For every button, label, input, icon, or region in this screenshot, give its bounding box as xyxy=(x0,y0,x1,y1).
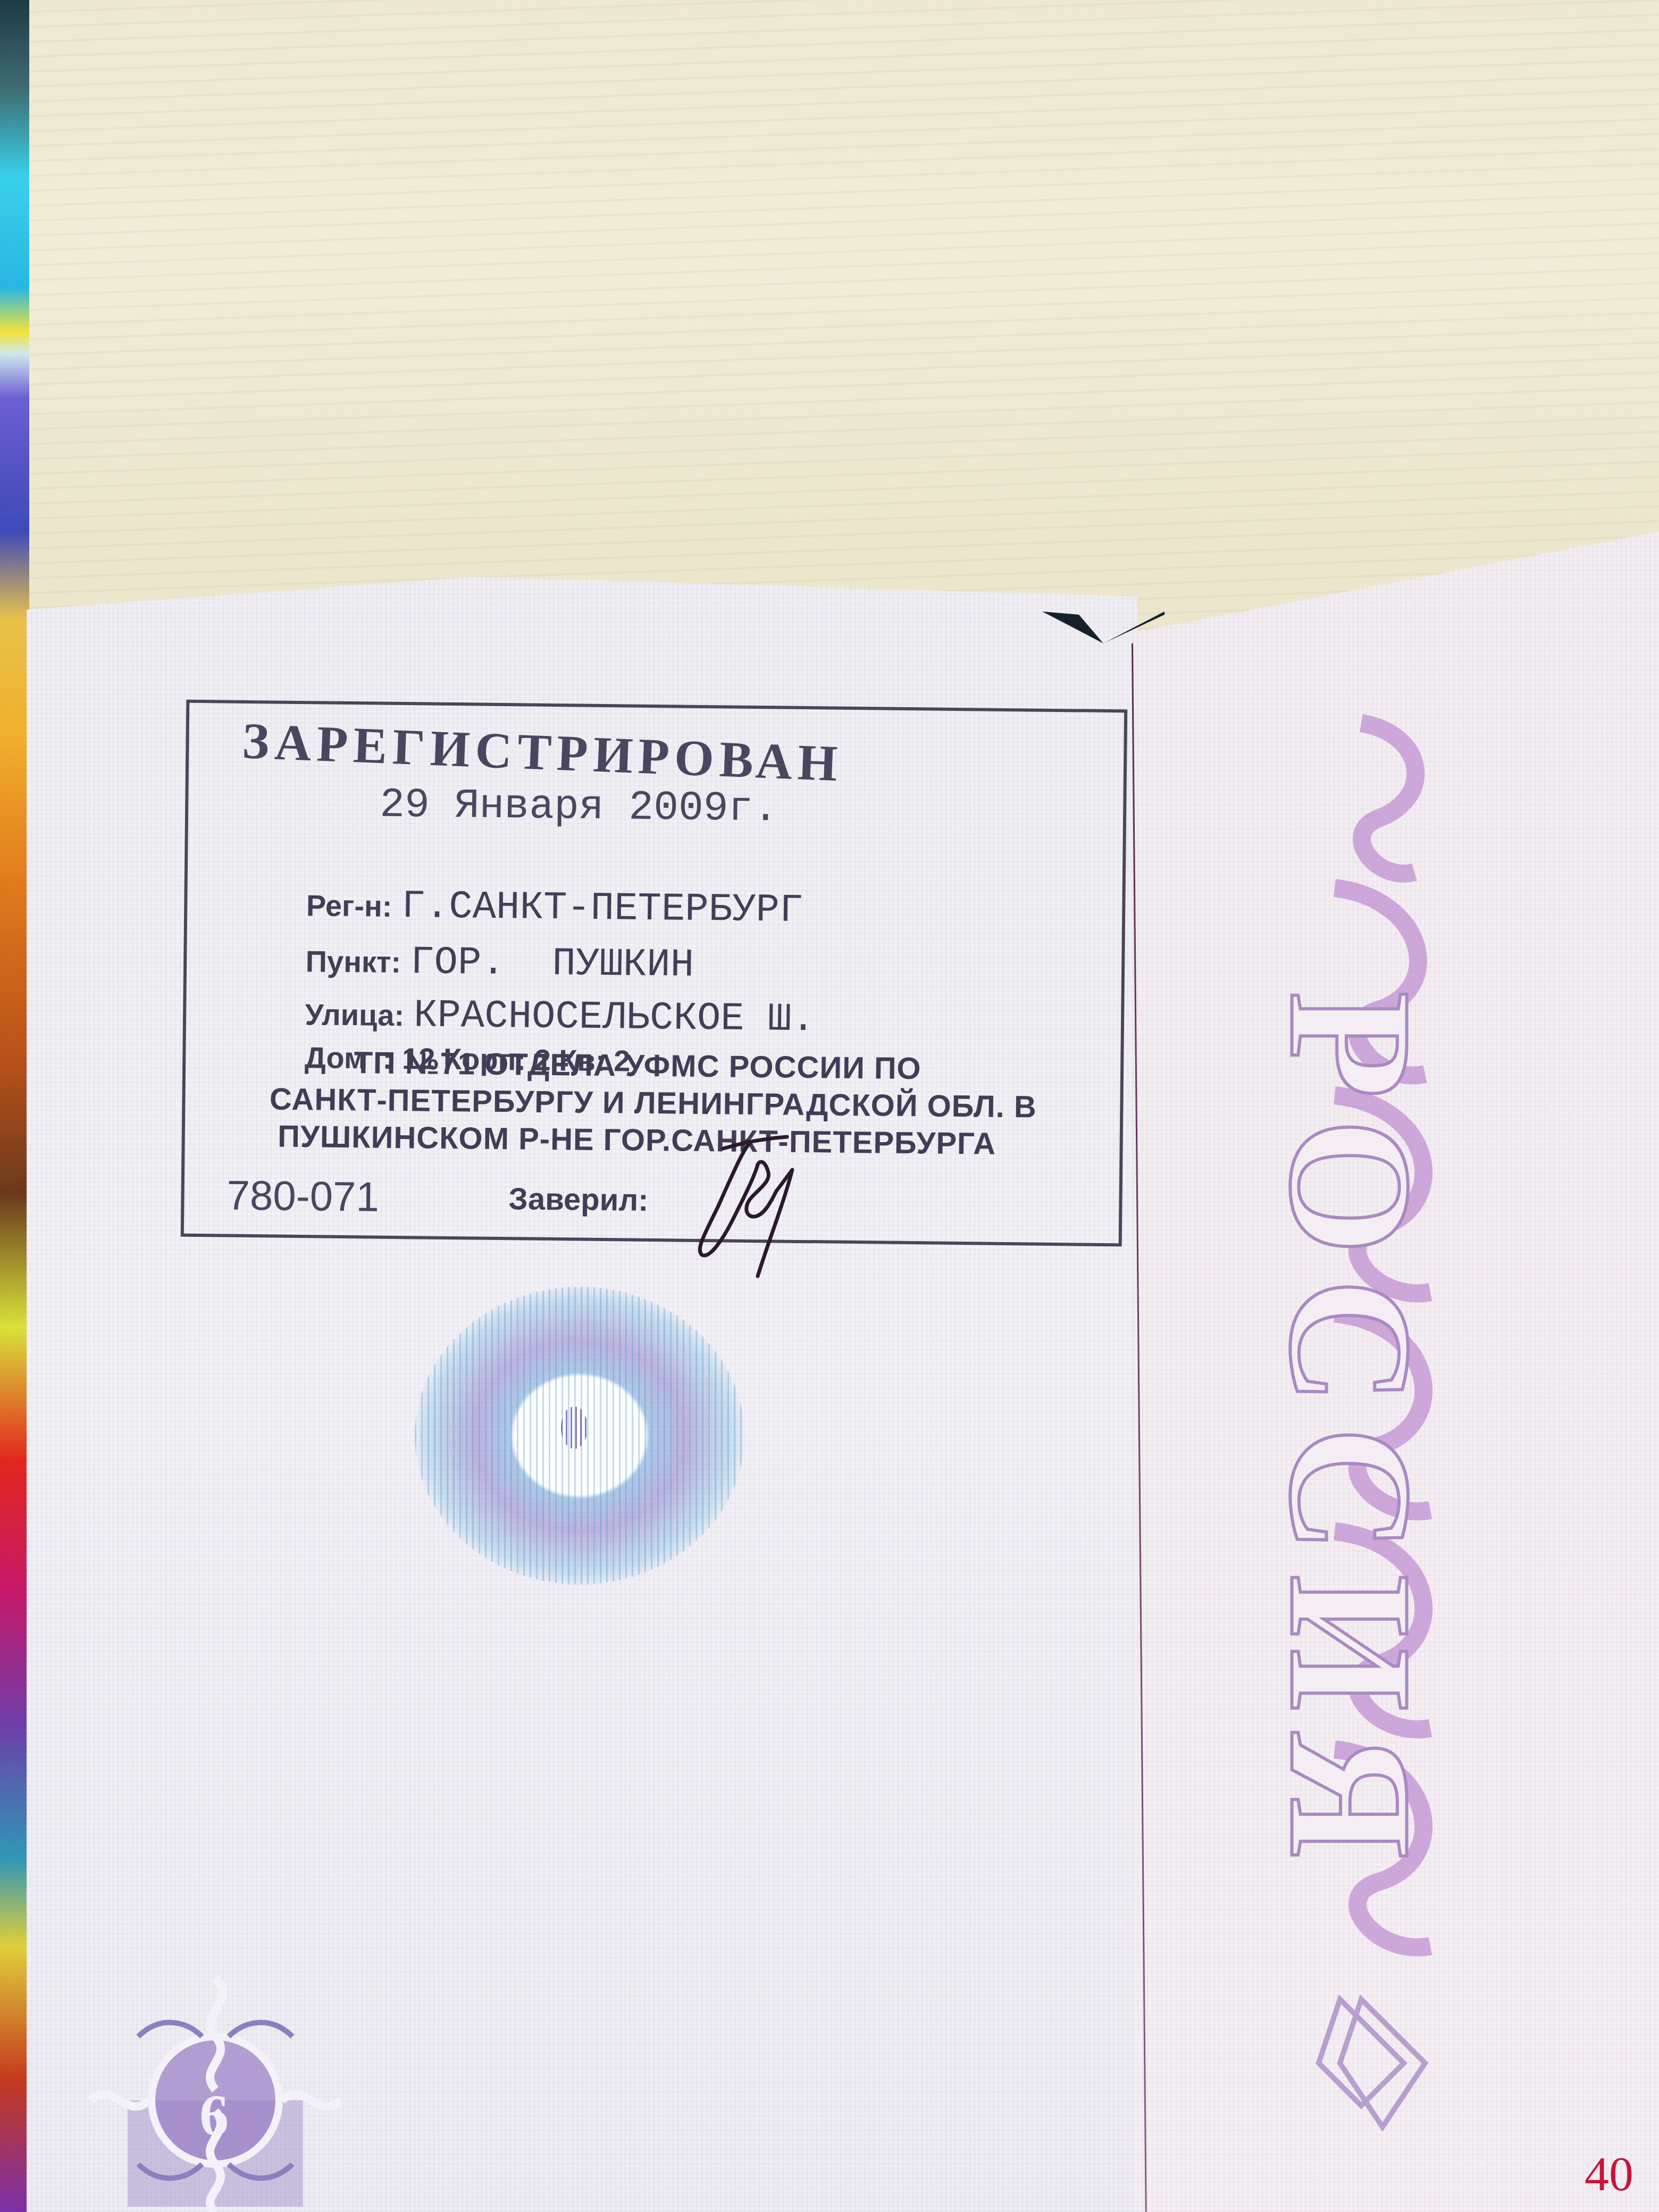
emblem-digit: 6 xyxy=(199,2082,229,2149)
colorful-cover-edge xyxy=(0,0,29,2212)
stamp-date: 29 Января 2009г. xyxy=(380,782,778,833)
wooden-table-surface xyxy=(0,0,1659,638)
page-number: 40 xyxy=(1585,2146,1633,2202)
stamp-title: ЗАРЕГИСТРИРОВАН xyxy=(241,711,844,793)
signature-icon xyxy=(665,1127,835,1287)
russia-vertical-word: РОССИЯ xyxy=(1250,991,1452,1880)
stamp-office-line-3: ПУШКИНСКОМ Р-НЕ ГОР.САНКТ-ПЕТЕРБУРГА xyxy=(185,1118,1089,1163)
stamp-office-code: 780-071 xyxy=(227,1171,379,1221)
stamp-certified-label: Заверил: xyxy=(508,1181,649,1218)
watermark-center-dot xyxy=(561,1406,588,1449)
registration-stamp: ЗАРЕГИСТРИРОВАН 29 Января 2009г. Рег-н:Г… xyxy=(181,700,1127,1246)
